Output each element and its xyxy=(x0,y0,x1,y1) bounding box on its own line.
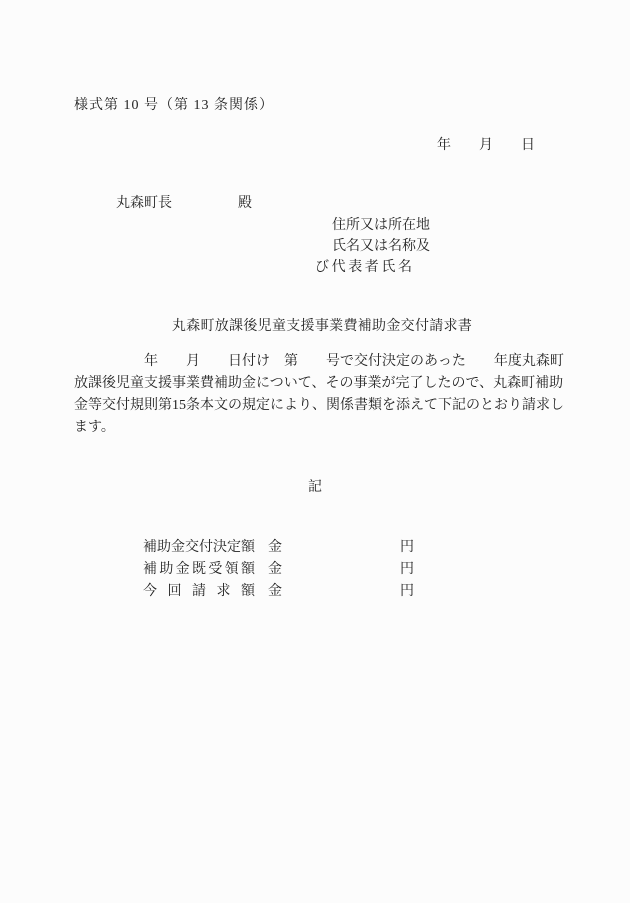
amount-yen-suffix: 円 xyxy=(400,581,414,603)
body-paragraph-line-4: ます。 xyxy=(74,417,564,439)
amount-row-received: 補助金既受領額金円 xyxy=(143,559,414,581)
amount-yen-suffix: 円 xyxy=(400,537,414,559)
addressee-name: 丸森町長 xyxy=(116,196,172,211)
applicant-name-label-line1: 氏名又は名称及 xyxy=(315,236,430,257)
document-page: 様式第 10 号（第 13 条関係） 年 月 日 丸森町長殿 住所又は所在地 氏… xyxy=(0,0,630,903)
ki-heading: 記 xyxy=(0,476,630,496)
amount-yen-suffix: 円 xyxy=(400,559,414,581)
body-paragraph-line-2: 放課後児童支援事業費補助金について、その事業が完了したので、丸森町補助 xyxy=(74,373,564,395)
amount-label-requested: 今回請求額 xyxy=(143,581,255,603)
addressee-line: 丸森町長殿 xyxy=(102,176,252,228)
applicant-block: 住所又は所在地 氏名又は名称及 び代表者氏名 xyxy=(315,215,430,278)
form-number: 様式第 10 号（第 13 条関係） xyxy=(74,94,274,114)
applicant-name-label-line2: び代表者氏名 xyxy=(315,257,430,278)
body-paragraph: 年 月 日付け 第 号で交付決定のあった 年度丸森町 放課後児童支援事業費補助金… xyxy=(74,351,564,439)
amount-kin-prefix: 金 xyxy=(268,537,282,559)
amount-label-decided: 補助金交付決定額 xyxy=(143,537,255,559)
date-line: 年 月 日 xyxy=(437,134,535,154)
amount-row-decided: 補助金交付決定額金円 xyxy=(143,537,414,559)
document-title: 丸森町放課後児童支援事業費補助金交付請求書 xyxy=(14,315,630,335)
amount-label-received: 補助金既受領額 xyxy=(143,559,255,581)
applicant-address-label: 住所又は所在地 xyxy=(315,215,430,236)
amounts-section: 補助金交付決定額金円 補助金既受領額金円 今回請求額金円 xyxy=(143,537,414,603)
addressee-honorific: 殿 xyxy=(238,196,252,211)
body-paragraph-line-3: 金等交付規則第15条本文の規定により、関係書類を添えて下記のとおり請求し xyxy=(74,395,564,417)
amount-row-requested: 今回請求額金円 xyxy=(143,581,414,603)
body-paragraph-line-1: 年 月 日付け 第 号で交付決定のあった 年度丸森町 xyxy=(74,351,564,373)
amount-kin-prefix: 金 xyxy=(268,559,282,581)
amount-kin-prefix: 金 xyxy=(268,581,282,603)
